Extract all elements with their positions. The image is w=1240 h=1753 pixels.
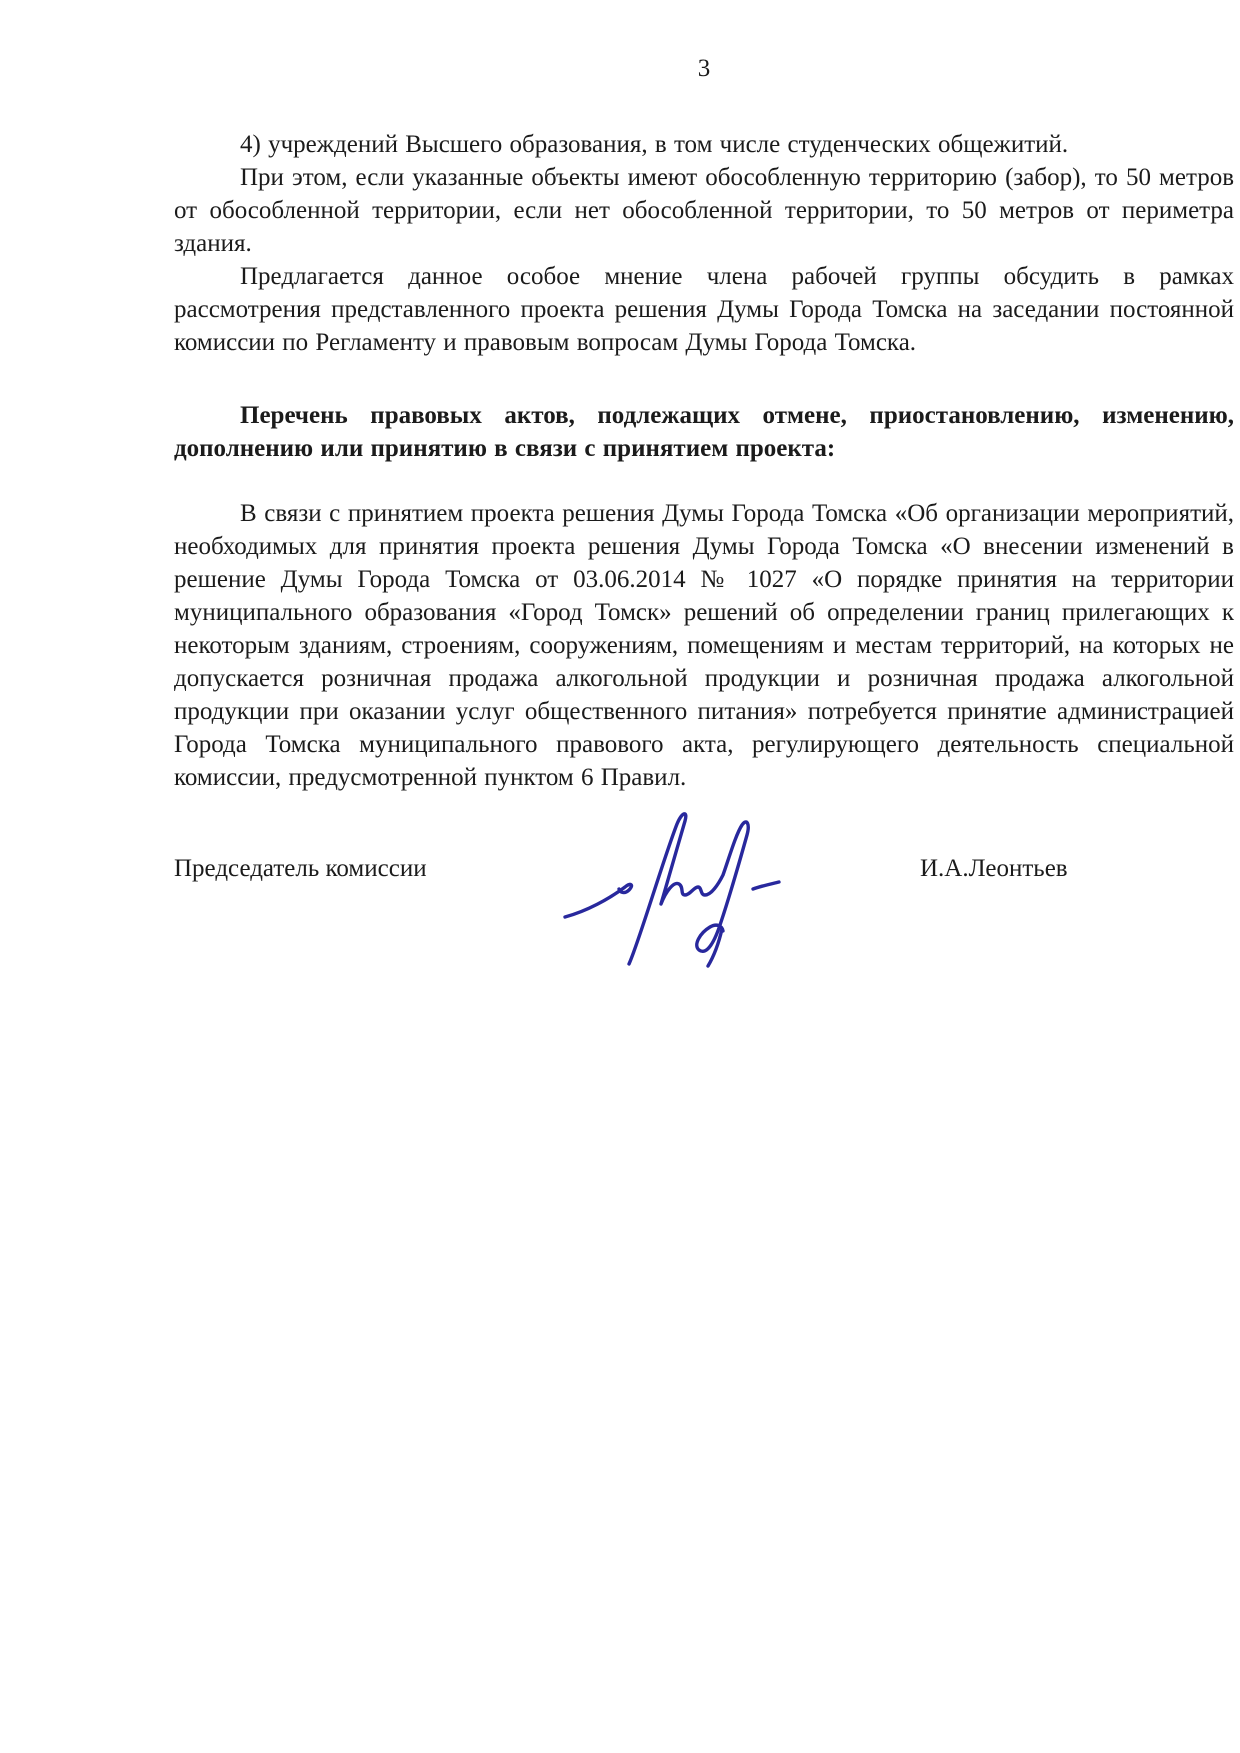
paragraph-proposal: Предлагается данное особое мнение члена … [174,260,1234,359]
signature-stroke [565,884,632,917]
paragraph-legal-acts-details: В связи с принятием проекта решения Думы… [174,497,1234,794]
text-column: 3 4) учреждений Высшего образования, в т… [174,52,1234,1004]
signature-stroke [629,814,748,964]
paragraph-list-item-4: 4) учреждений Высшего образования, в том… [174,128,1234,161]
document-page: 3 4) учреждений Высшего образования, в т… [0,0,1240,1753]
signature-stroke [753,882,779,889]
signature-role-label: Председатель комиссии [174,852,427,885]
signature-block: Председатель комиссии И.А.Леонтьев [174,794,1234,1004]
document-body: 4) учреждений Высшего образования, в том… [174,128,1234,794]
section-heading-legal-acts: Перечень правовых актов, подлежащих отме… [174,399,1234,465]
page-number: 3 [174,52,1234,85]
signature-ink [559,796,794,971]
signature-name: И.А.Леонтьев [920,852,1068,885]
paragraph-territory-rule: При этом, если указанные объекты имеют о… [174,161,1234,260]
